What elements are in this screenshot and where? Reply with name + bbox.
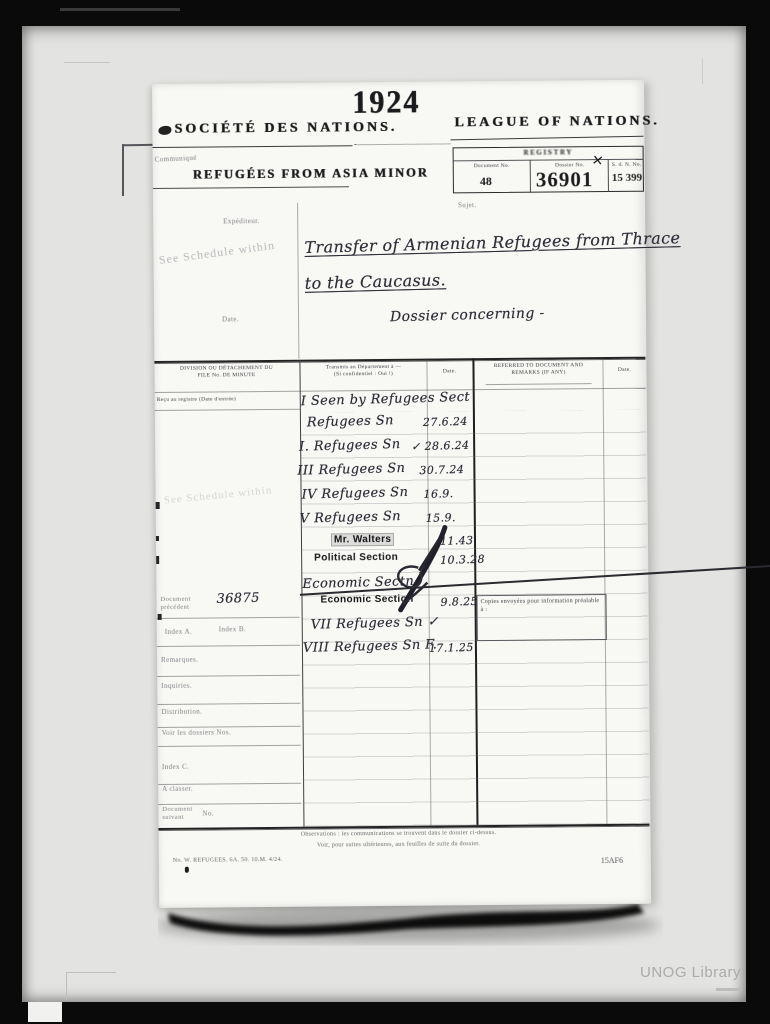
- film-bracket-v: [122, 144, 124, 196]
- library-watermark: UNOG Library: [640, 964, 741, 981]
- field-doc-precedent-value: 36875: [216, 591, 260, 607]
- field-doc-suivant-label: Document suivant: [162, 806, 202, 822]
- field-doc-precedent-label: Document précédent: [160, 595, 212, 611]
- edge-speck: [156, 502, 160, 509]
- edge-speck: [158, 614, 162, 620]
- document-sheet: 1924 SOCIÉTÉ DES NATIONS. LEAGUE OF NATI…: [152, 80, 651, 908]
- edge-speck: [156, 556, 159, 564]
- border-artifact: [60, 8, 180, 11]
- field-remarques-label: Remarques.: [161, 656, 198, 664]
- edge-speck: [156, 536, 159, 541]
- field-voir-dossiers-label: Voir les dossiers Nos.: [162, 728, 231, 737]
- plate-number: 15AF6: [601, 856, 623, 865]
- corner-mark-top-right: [702, 58, 703, 84]
- corner-mark-bottom-left-v: [66, 972, 67, 1000]
- field-distribution-label: Distribution.: [161, 708, 202, 716]
- field-inquiries-label: Inquiries.: [161, 682, 192, 690]
- corner-mark-top-left: [64, 62, 110, 63]
- scanned-page: 1924 SOCIÉTÉ DES NATIONS. LEAGUE OF NATI…: [0, 0, 770, 1024]
- corner-mark-bottom-left-h: [66, 972, 116, 973]
- field-doc-suivant-no: No.: [202, 809, 214, 817]
- field-index-c-label: Index C.: [162, 763, 189, 771]
- border-artifact-corner: [28, 1002, 62, 1022]
- form-number: No. W. REFUGEES. 6A. 50. 10.M. 4/24.: [173, 857, 303, 865]
- ink-mark: [185, 867, 189, 873]
- copies-box: Copies envoyées pour information préalab…: [476, 594, 606, 641]
- copies-note: Copies envoyées pour information préalab…: [477, 595, 605, 616]
- field-index-b-label: Index B.: [219, 625, 246, 633]
- field-index-a-label: Index A.: [165, 628, 192, 636]
- watermark-underline: [716, 988, 742, 991]
- field-a-classer-label: A classer.: [162, 785, 193, 793]
